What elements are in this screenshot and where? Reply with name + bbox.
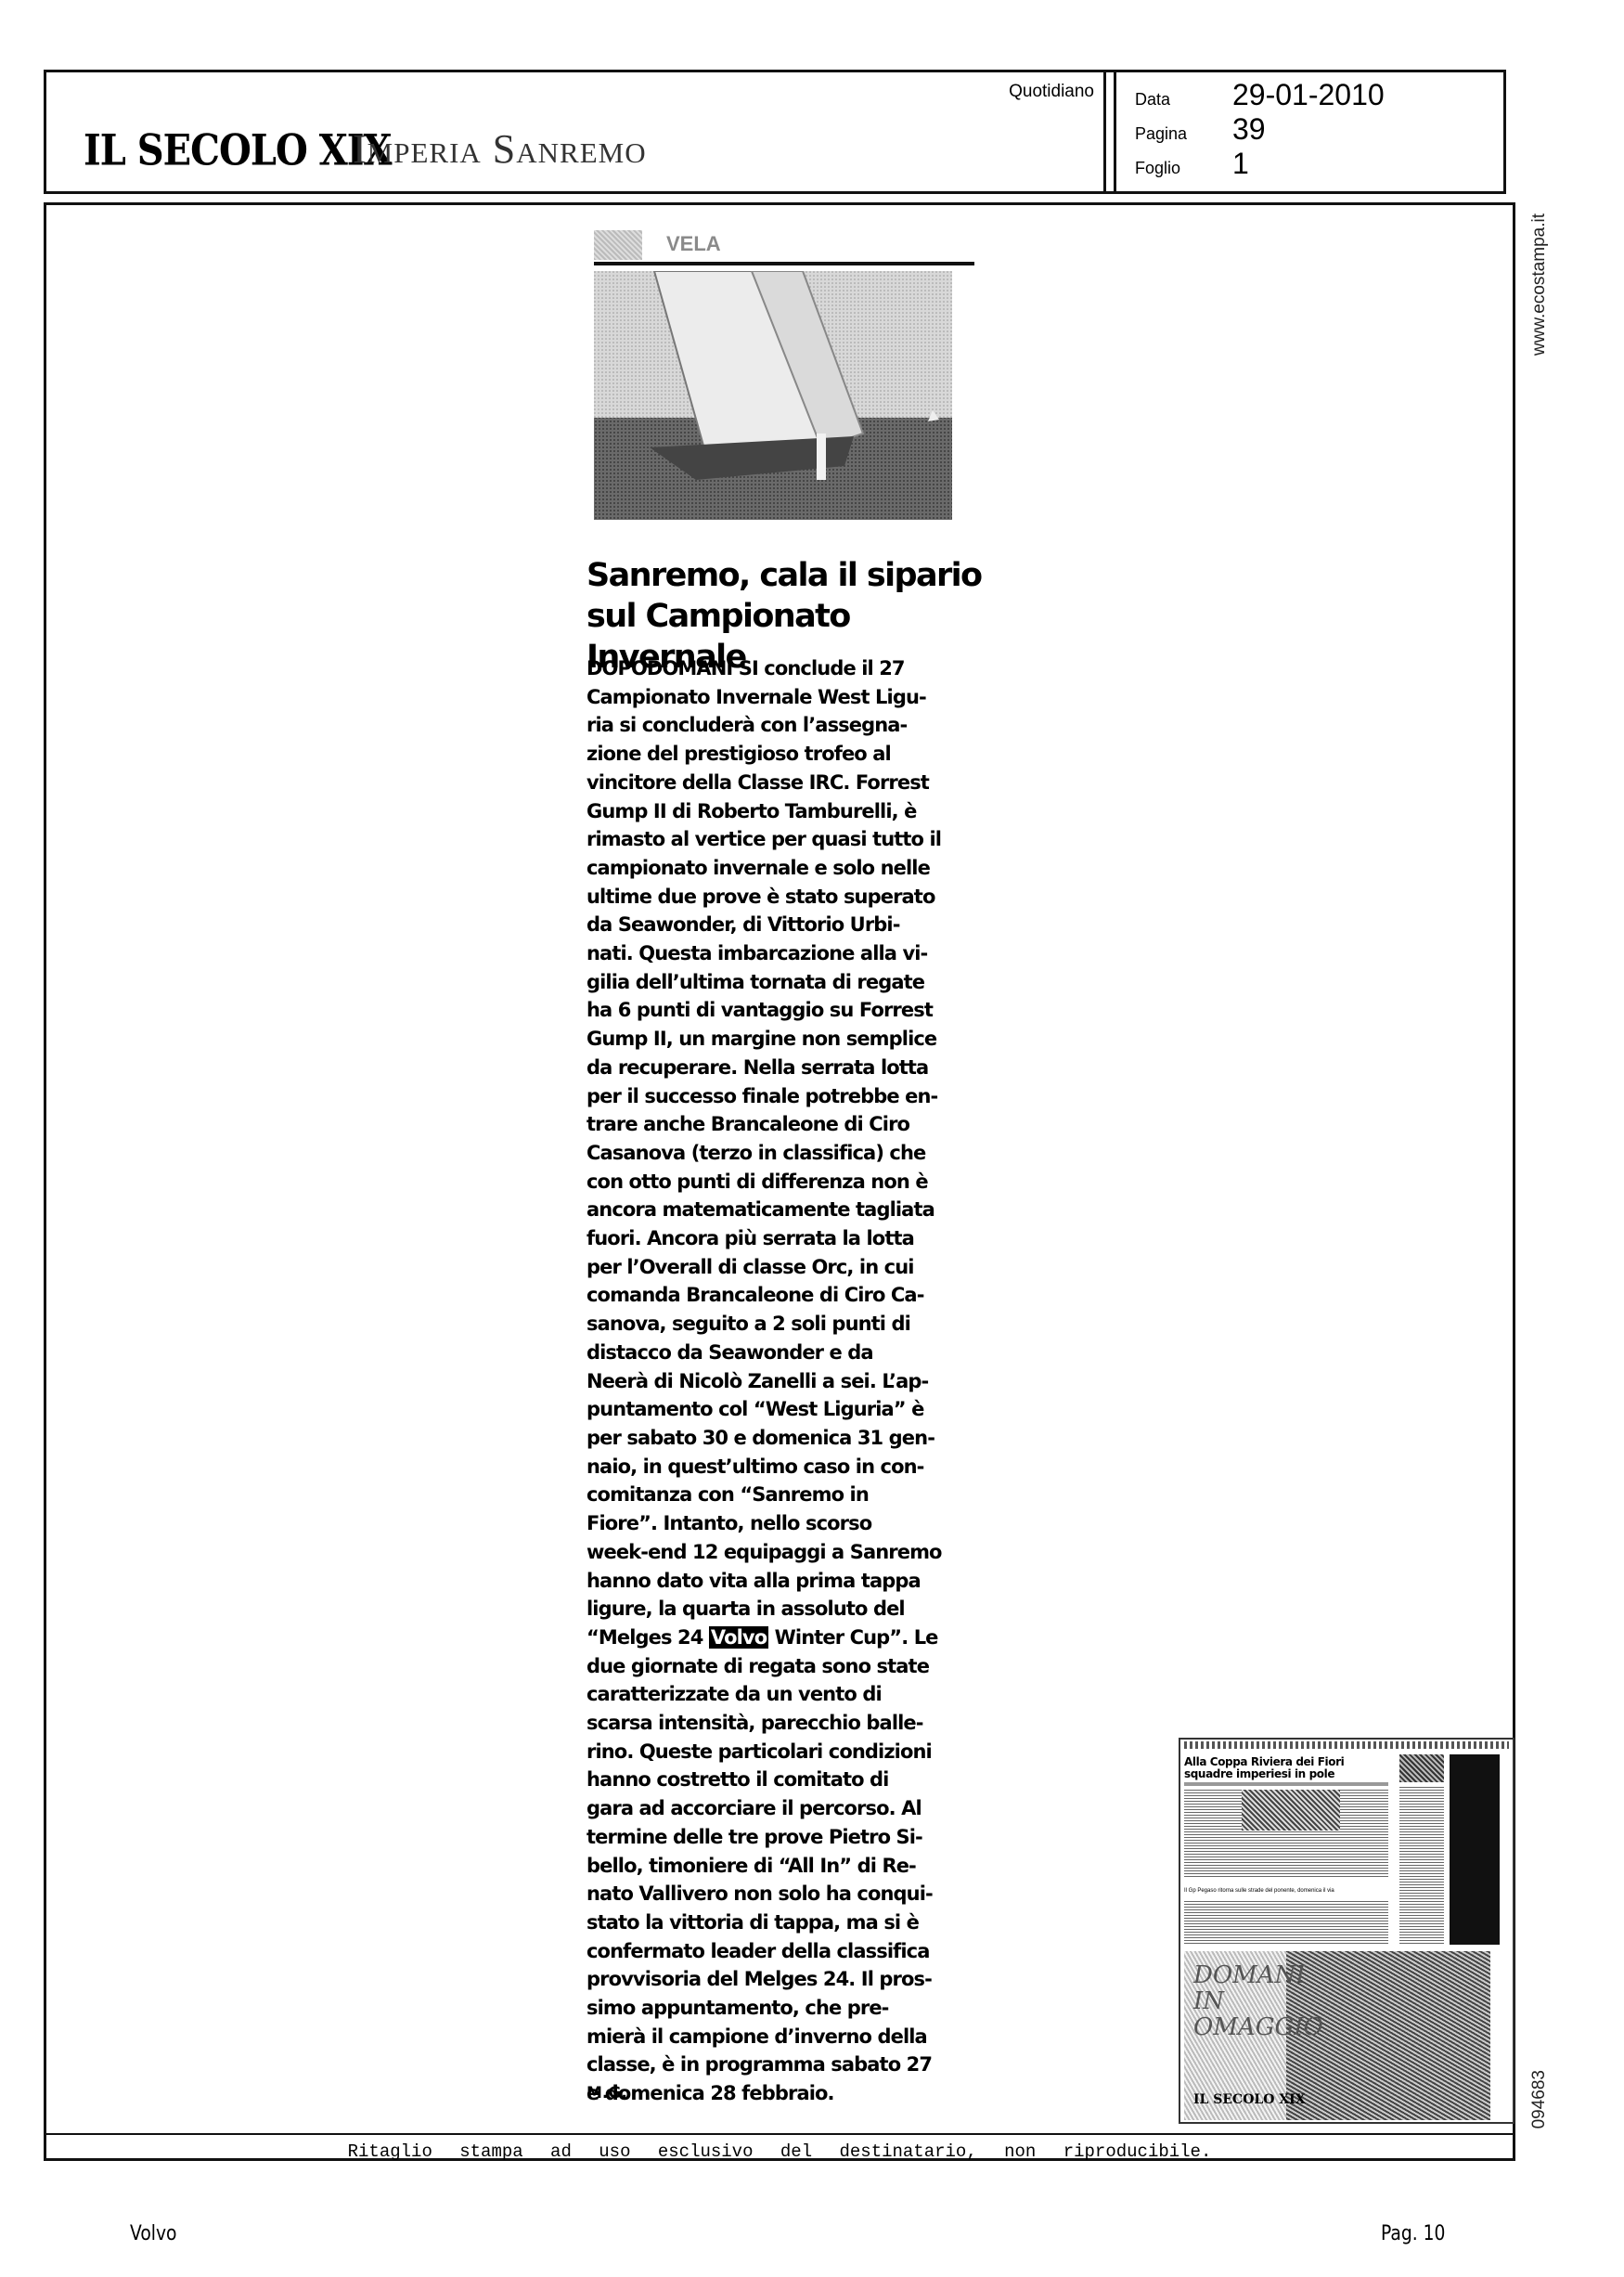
footer-page-number: Pag. 10: [1381, 2222, 1445, 2245]
thumbnail-side-photo: [1399, 1754, 1444, 1782]
body-line: ligure, la quarta in assoluto del: [586, 1595, 986, 1624]
body-line: confermato leader della classifica: [586, 1937, 986, 1966]
section-swatch-icon: [594, 230, 642, 260]
thumbnail-photo: [1242, 1790, 1340, 1831]
side-code: 094683: [1529, 2070, 1557, 2154]
body-line: Casanova (terzo in classifica) che: [586, 1139, 986, 1168]
body-line: bello, timoniere di “All In” di Re-: [586, 1852, 986, 1881]
body-line: vincitore della Classe IRC. Forrest: [586, 769, 986, 797]
section-header: VELA: [594, 230, 974, 265]
thumbnail-ad-logo: IL SECOLO XIX: [1193, 2092, 1306, 2107]
thumbnail-ad-text: DOMANI IN OMAGGIO: [1193, 1962, 1295, 2040]
divider: [46, 2133, 1513, 2135]
meta-box: Data 29-01-2010 Pagina 39 Foglio 1: [1114, 72, 1503, 191]
body-line: campionato invernale e solo nelle: [586, 854, 986, 883]
body-line: Fiore”. Intanto, nello scorso: [586, 1509, 986, 1538]
body-line: fuori. Ancora più serrata la lotta: [586, 1224, 986, 1253]
masthead-left: IL SECOLO XIX Imperia Sanremo Quotidiano: [46, 72, 1106, 191]
body-line-highlighted: “Melges 24 Volvo Winter Cup”. Le: [586, 1624, 986, 1652]
article-body: DOPODOMANI SI conclude il 27 Campionato …: [586, 654, 986, 2108]
body-line: rimasto al vertice per quasi tutto il: [586, 825, 986, 854]
body-line: per il successo finale potrebbe en-: [586, 1082, 986, 1111]
body-text-fragment: “Melges 24: [586, 1626, 709, 1649]
body-line: per sabato 30 e domenica 31 gen-: [586, 1424, 986, 1453]
body-line: zione del prestigioso trofeo al: [586, 740, 986, 769]
body-line: Campionato Invernale West Ligu-: [586, 683, 986, 712]
thumbnail-subhead-bar: [1184, 1782, 1388, 1786]
meta-page: Pagina 39: [1135, 112, 1266, 147]
meta-date: Data 29-01-2010: [1135, 78, 1385, 112]
body-line: nato Vallivero non solo ha conqui-: [586, 1880, 986, 1908]
body-line: da Seawonder, di Vittorio Urbi-: [586, 911, 986, 939]
body-line: gilia dell’ultima tornata di regate: [586, 968, 986, 997]
body-line: con otto punti di differenza non è: [586, 1168, 986, 1197]
thumbnail-headline: Alla Coppa Riviera dei Fiori squadre imp…: [1184, 1756, 1388, 1780]
body-line: stato la vittoria di tappa, ma si è: [586, 1908, 986, 1937]
publication-type: Quotidiano: [1009, 82, 1094, 102]
thumbnail-side-column: [1399, 1786, 1444, 1944]
body-line: due giornate di regata sono state: [586, 1652, 986, 1681]
meta-label: Pagina: [1135, 124, 1232, 144]
body-line: termine delle tre prove Pietro Si-: [586, 1823, 986, 1852]
side-url[interactable]: www.ecostampa.it: [1529, 213, 1557, 381]
body-line: Gump II di Roberto Tamburelli, è: [586, 797, 986, 826]
body-line: ria si concluderà con l’assegna-: [586, 711, 986, 740]
thumbnail-text-columns: [1184, 1899, 1388, 1944]
body-text-fragment: Winter Cup”. Le: [768, 1626, 937, 1649]
body-line: Gump II, un margine non semplice: [586, 1025, 986, 1054]
meta-label: Foglio: [1135, 159, 1232, 178]
body-line: da recuperare. Nella serrata lotta: [586, 1054, 986, 1082]
side-url-text: www.ecostampa.it: [1529, 213, 1550, 356]
meta-value: 39: [1232, 112, 1266, 147]
meta-sheet: Foglio 1: [1135, 147, 1249, 181]
thumbnail-header-band: [1184, 1741, 1509, 1749]
body-line: scarsa intensità, parecchio balle-: [586, 1709, 986, 1738]
meta-label: Data: [1135, 90, 1232, 110]
side-code-text: 094683: [1529, 2070, 1550, 2128]
body-line: provvisoria del Melges 24. Il pros-: [586, 1965, 986, 1994]
body-line: ha 6 punti di vantaggio su Forrest: [586, 996, 986, 1025]
body-line: trare anche Brancaleone di Ciro: [586, 1110, 986, 1139]
body-line: hanno costretto il comitato di: [586, 1766, 986, 1794]
newspaper-logo: IL SECOLO XIX: [84, 125, 392, 175]
masthead-box: IL SECOLO XIX Imperia Sanremo Quotidiano…: [44, 70, 1506, 194]
body-line: hanno dato vita alla prima tappa: [586, 1567, 986, 1596]
body-line: DOPODOMANI SI conclude il 27: [586, 654, 986, 683]
body-line: caratterizzate da un vento di: [586, 1680, 986, 1709]
body-line: ancora matematicamente tagliata: [586, 1196, 986, 1224]
body-line: sanova, seguito a 2 soli punti di: [586, 1310, 986, 1339]
body-line: naio, in quest’ultimo caso in con-: [586, 1453, 986, 1481]
meta-value: 29-01-2010: [1232, 78, 1385, 112]
page-thumbnail[interactable]: Alla Coppa Riviera dei Fiori squadre imp…: [1179, 1738, 1514, 2124]
body-line: rino. Queste particolari condizioni: [586, 1738, 986, 1766]
thumbnail-subhead: Il Gp Pegaso ritorna sulle strade del po…: [1184, 1888, 1388, 1894]
edition-name: Imperia Sanremo: [353, 125, 647, 173]
meta-value: 1: [1232, 147, 1249, 181]
keyword-highlight: Volvo: [709, 1626, 768, 1649]
body-line: nati. Questa imbarcazione alla vi-: [586, 939, 986, 968]
body-line: puntamento col “West Liguria” è: [586, 1395, 986, 1424]
body-line: ultime due prove è stato superato: [586, 883, 986, 912]
section-label: VELA: [666, 232, 721, 256]
body-line: comanda Brancaleone di Ciro Ca-: [586, 1281, 986, 1310]
body-line: week-end 12 equipaggi a Sanremo: [586, 1538, 986, 1567]
body-line: comitanza con “Sanremo in: [586, 1481, 986, 1509]
body-line: e domenica 28 febbraio.: [586, 2079, 986, 2108]
body-line: distacco da Seawonder e da: [586, 1339, 986, 1367]
disclaimer: Ritaglio stampa ad uso esclusivo del des…: [46, 2141, 1513, 2162]
body-line: classe, è in programma sabato 27: [586, 2051, 986, 2079]
body-line: per l’Overall di classe Orc, in cui: [586, 1253, 986, 1282]
body-line: Neerà di Nicolò Zanelli a sei. L’ap-: [586, 1367, 986, 1396]
footer-keyword: Volvo: [130, 2222, 176, 2245]
body-line: simo appuntamento, che pre-: [586, 1994, 986, 2023]
headline-line: Sanremo, cala il sipario: [586, 555, 995, 596]
byline: M.G.: [586, 2084, 627, 2102]
thumbnail-dark-column: [1450, 1754, 1500, 1945]
body-line: mierà il campione d’inverno della: [586, 2023, 986, 2051]
body-line: gara ad accorciare il percorso. Al: [586, 1794, 986, 1823]
sailboat-photo: [594, 271, 952, 520]
